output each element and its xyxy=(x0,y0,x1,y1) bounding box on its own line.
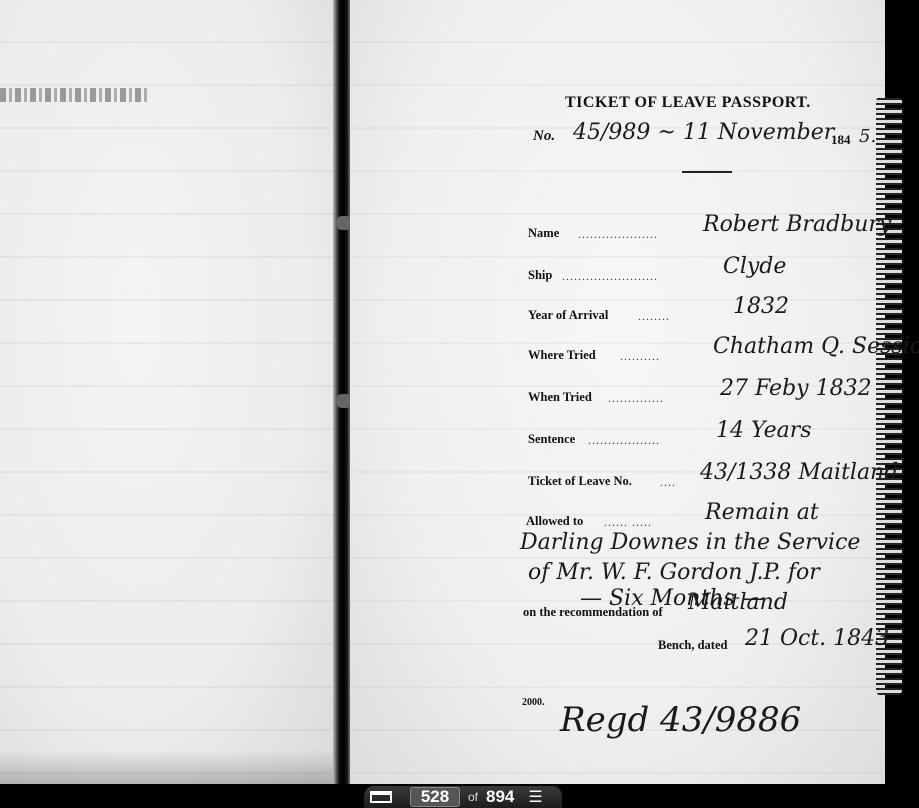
registered-number: Regd 43/9886 xyxy=(560,700,801,740)
divider-rule xyxy=(682,171,732,173)
field-where-tried: Where Tried .......... Chatham Q. Sessio… xyxy=(528,340,888,370)
field-label: Ticket of Leave No. xyxy=(528,474,632,489)
recommendation-label: on the recommendation of xyxy=(523,605,663,620)
field-label: Name xyxy=(528,226,559,241)
filmstrip-icon[interactable] xyxy=(370,791,392,803)
field-year-of-arrival: Year of Arrival ........ 1832 xyxy=(528,300,888,330)
of-label: of xyxy=(468,790,478,804)
year-handwritten: 5. xyxy=(859,126,876,147)
field-label: Allowed to xyxy=(526,514,583,529)
allowed-line: Darling Downes in the Service xyxy=(520,530,860,555)
leader-dots: .... xyxy=(660,475,676,490)
field-value: 43/1338 Maitland xyxy=(700,460,898,485)
field-when-tried: When Tried .............. 27 Feby 1832 xyxy=(528,382,888,412)
field-ship: Ship ........................ Clyde xyxy=(528,260,888,290)
field-label: Sentence xyxy=(528,432,575,447)
leader-dots: .................... xyxy=(578,227,658,242)
field-label: Year of Arrival xyxy=(528,308,608,323)
field-sentence: Sentence .................. 14 Years xyxy=(528,424,888,454)
passport-number-line: No. 45/989 ~ 11 November 184 5. xyxy=(533,122,873,152)
number-value: 45/989 ~ 11 November xyxy=(573,120,834,145)
bench-label: Bench, dated xyxy=(658,638,727,653)
year-printed: 184 xyxy=(831,132,851,148)
document-title: TICKET OF LEAVE PASSPORT. xyxy=(565,94,811,112)
left-page-blank xyxy=(0,0,340,790)
total-pages: 894 xyxy=(486,787,514,807)
field-label: When Tried xyxy=(528,390,592,405)
field-value: 1832 xyxy=(733,294,789,319)
field-value: 27 Feby 1832 xyxy=(720,376,872,401)
leader-dots: ........ xyxy=(638,309,670,324)
recommendation-value: Maitland xyxy=(688,590,788,615)
leader-dots: .......... xyxy=(620,349,660,364)
list-index-icon[interactable]: ☰ xyxy=(528,787,542,807)
leader-dots: .............. xyxy=(608,391,664,406)
field-label: Where Tried xyxy=(528,348,596,363)
leader-dots: ........................ xyxy=(562,269,658,284)
field-label: Ship xyxy=(528,268,552,283)
field-value: 14 Years xyxy=(716,418,812,443)
leader-dots: ...... ..... xyxy=(604,515,652,530)
bench-date-value: 21 Oct. 1843 xyxy=(745,626,889,651)
allowed-line: Remain at xyxy=(705,500,819,525)
field-name: Name .................... Robert Bradbur… xyxy=(528,218,888,248)
leader-dots: .................. xyxy=(588,433,660,448)
faded-bleedthrough-text xyxy=(0,88,150,102)
page-navigation-toolbar: 528 of 894 ☰ xyxy=(364,786,562,808)
field-value: Clyde xyxy=(723,254,786,279)
number-label: No. xyxy=(533,128,555,145)
allowed-line: of Mr. W. F. Gordon J.P. for xyxy=(528,560,820,585)
field-value: Robert Bradbury xyxy=(703,212,891,237)
document-viewer: TICKET OF LEAVE PASSPORT. No. 45/989 ~ 1… xyxy=(0,0,919,808)
print-number: 2000. xyxy=(522,697,545,708)
field-ticket-of-leave-no: Ticket of Leave No. .... 43/1338 Maitlan… xyxy=(528,466,888,496)
current-page-input[interactable]: 528 xyxy=(410,787,460,807)
field-value: Chatham Q. Sessions xyxy=(713,334,919,359)
